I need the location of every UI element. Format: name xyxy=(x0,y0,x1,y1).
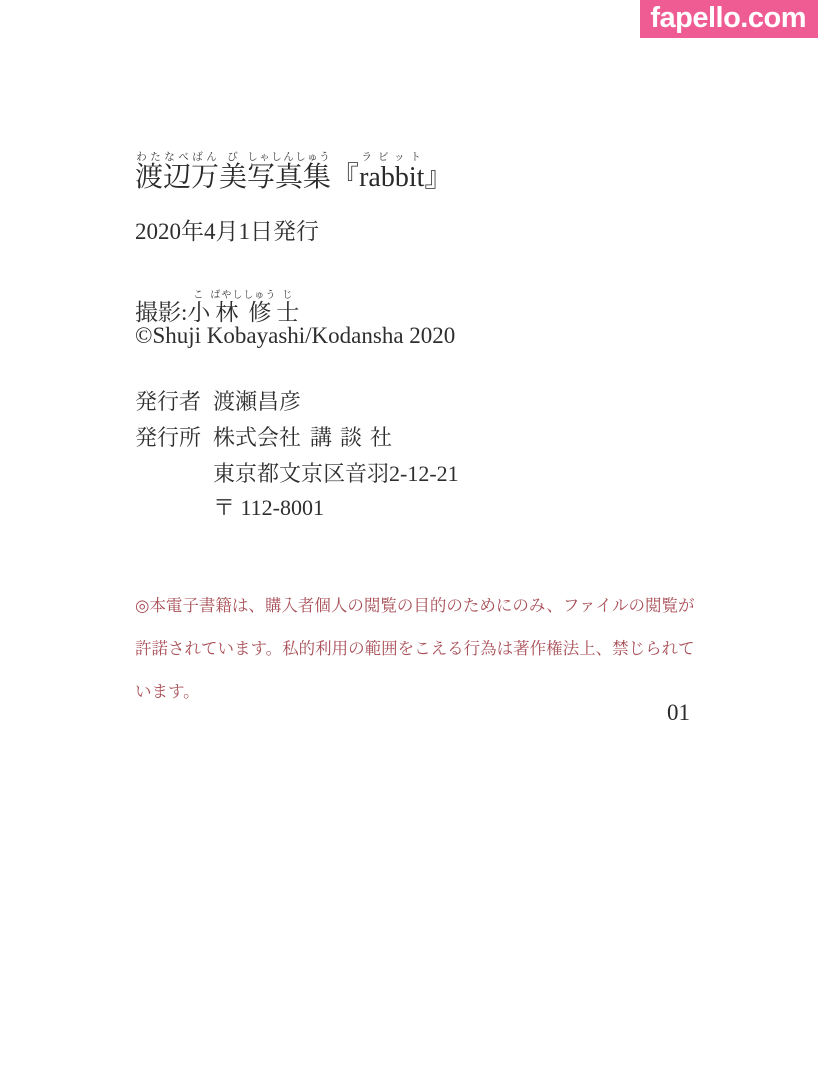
publishing-house-label: 発行所 xyxy=(135,427,213,449)
license-notice-line: 許諾されています。私的利用の範囲をこえる行為は著作権法上、禁じられて xyxy=(135,627,697,670)
photographer-line: 撮影:小こ林修ばやししゅう士じ xyxy=(135,290,299,324)
license-notice-line: ◎本電子書籍は、購入者個人の閲覧の目的のためにのみ、ファイルの閲覧が xyxy=(135,584,697,627)
license-notice: ◎本電子書籍は、購入者個人の閲覧の目的のためにのみ、ファイルの閲覧が 許諾されて… xyxy=(135,584,697,713)
publisher-row: 発行者渡瀬昌彦 xyxy=(135,391,301,413)
publisher-address: 東京都文京区音羽2-12-21 xyxy=(213,463,459,485)
page-number: 01 xyxy=(135,701,690,724)
publish-date: 2020年4月1日発行 xyxy=(135,220,319,243)
postal-code: 〒 112-8001 xyxy=(213,497,324,519)
publisher-name: 渡瀬昌彦 xyxy=(213,389,301,414)
company-prefix: 株式会社 xyxy=(213,425,301,450)
publisher-label: 発行者 xyxy=(135,391,213,413)
watermark-label: fapello.com xyxy=(650,2,806,35)
colophon-page: fapello.com 渡辺万わたなべばん美び写真集しゃしんしゅう『rabbit… xyxy=(0,0,818,1080)
publishing-house-row: 発行所株式会社講談社 xyxy=(135,427,400,449)
photographer-name: 小こ林修ばやししゅう士じ xyxy=(187,300,299,325)
book-title: 渡辺万わたなべばん美び写真集しゃしんしゅう『rabbitラビット』 xyxy=(135,152,452,192)
watermark-badge[interactable]: fapello.com xyxy=(640,0,818,38)
copyright-line: ©Shuji Kobayashi/Kodansha 2020 xyxy=(135,324,455,347)
photographer-label: 撮影: xyxy=(135,300,187,325)
company-name: 講談社 xyxy=(310,425,400,450)
